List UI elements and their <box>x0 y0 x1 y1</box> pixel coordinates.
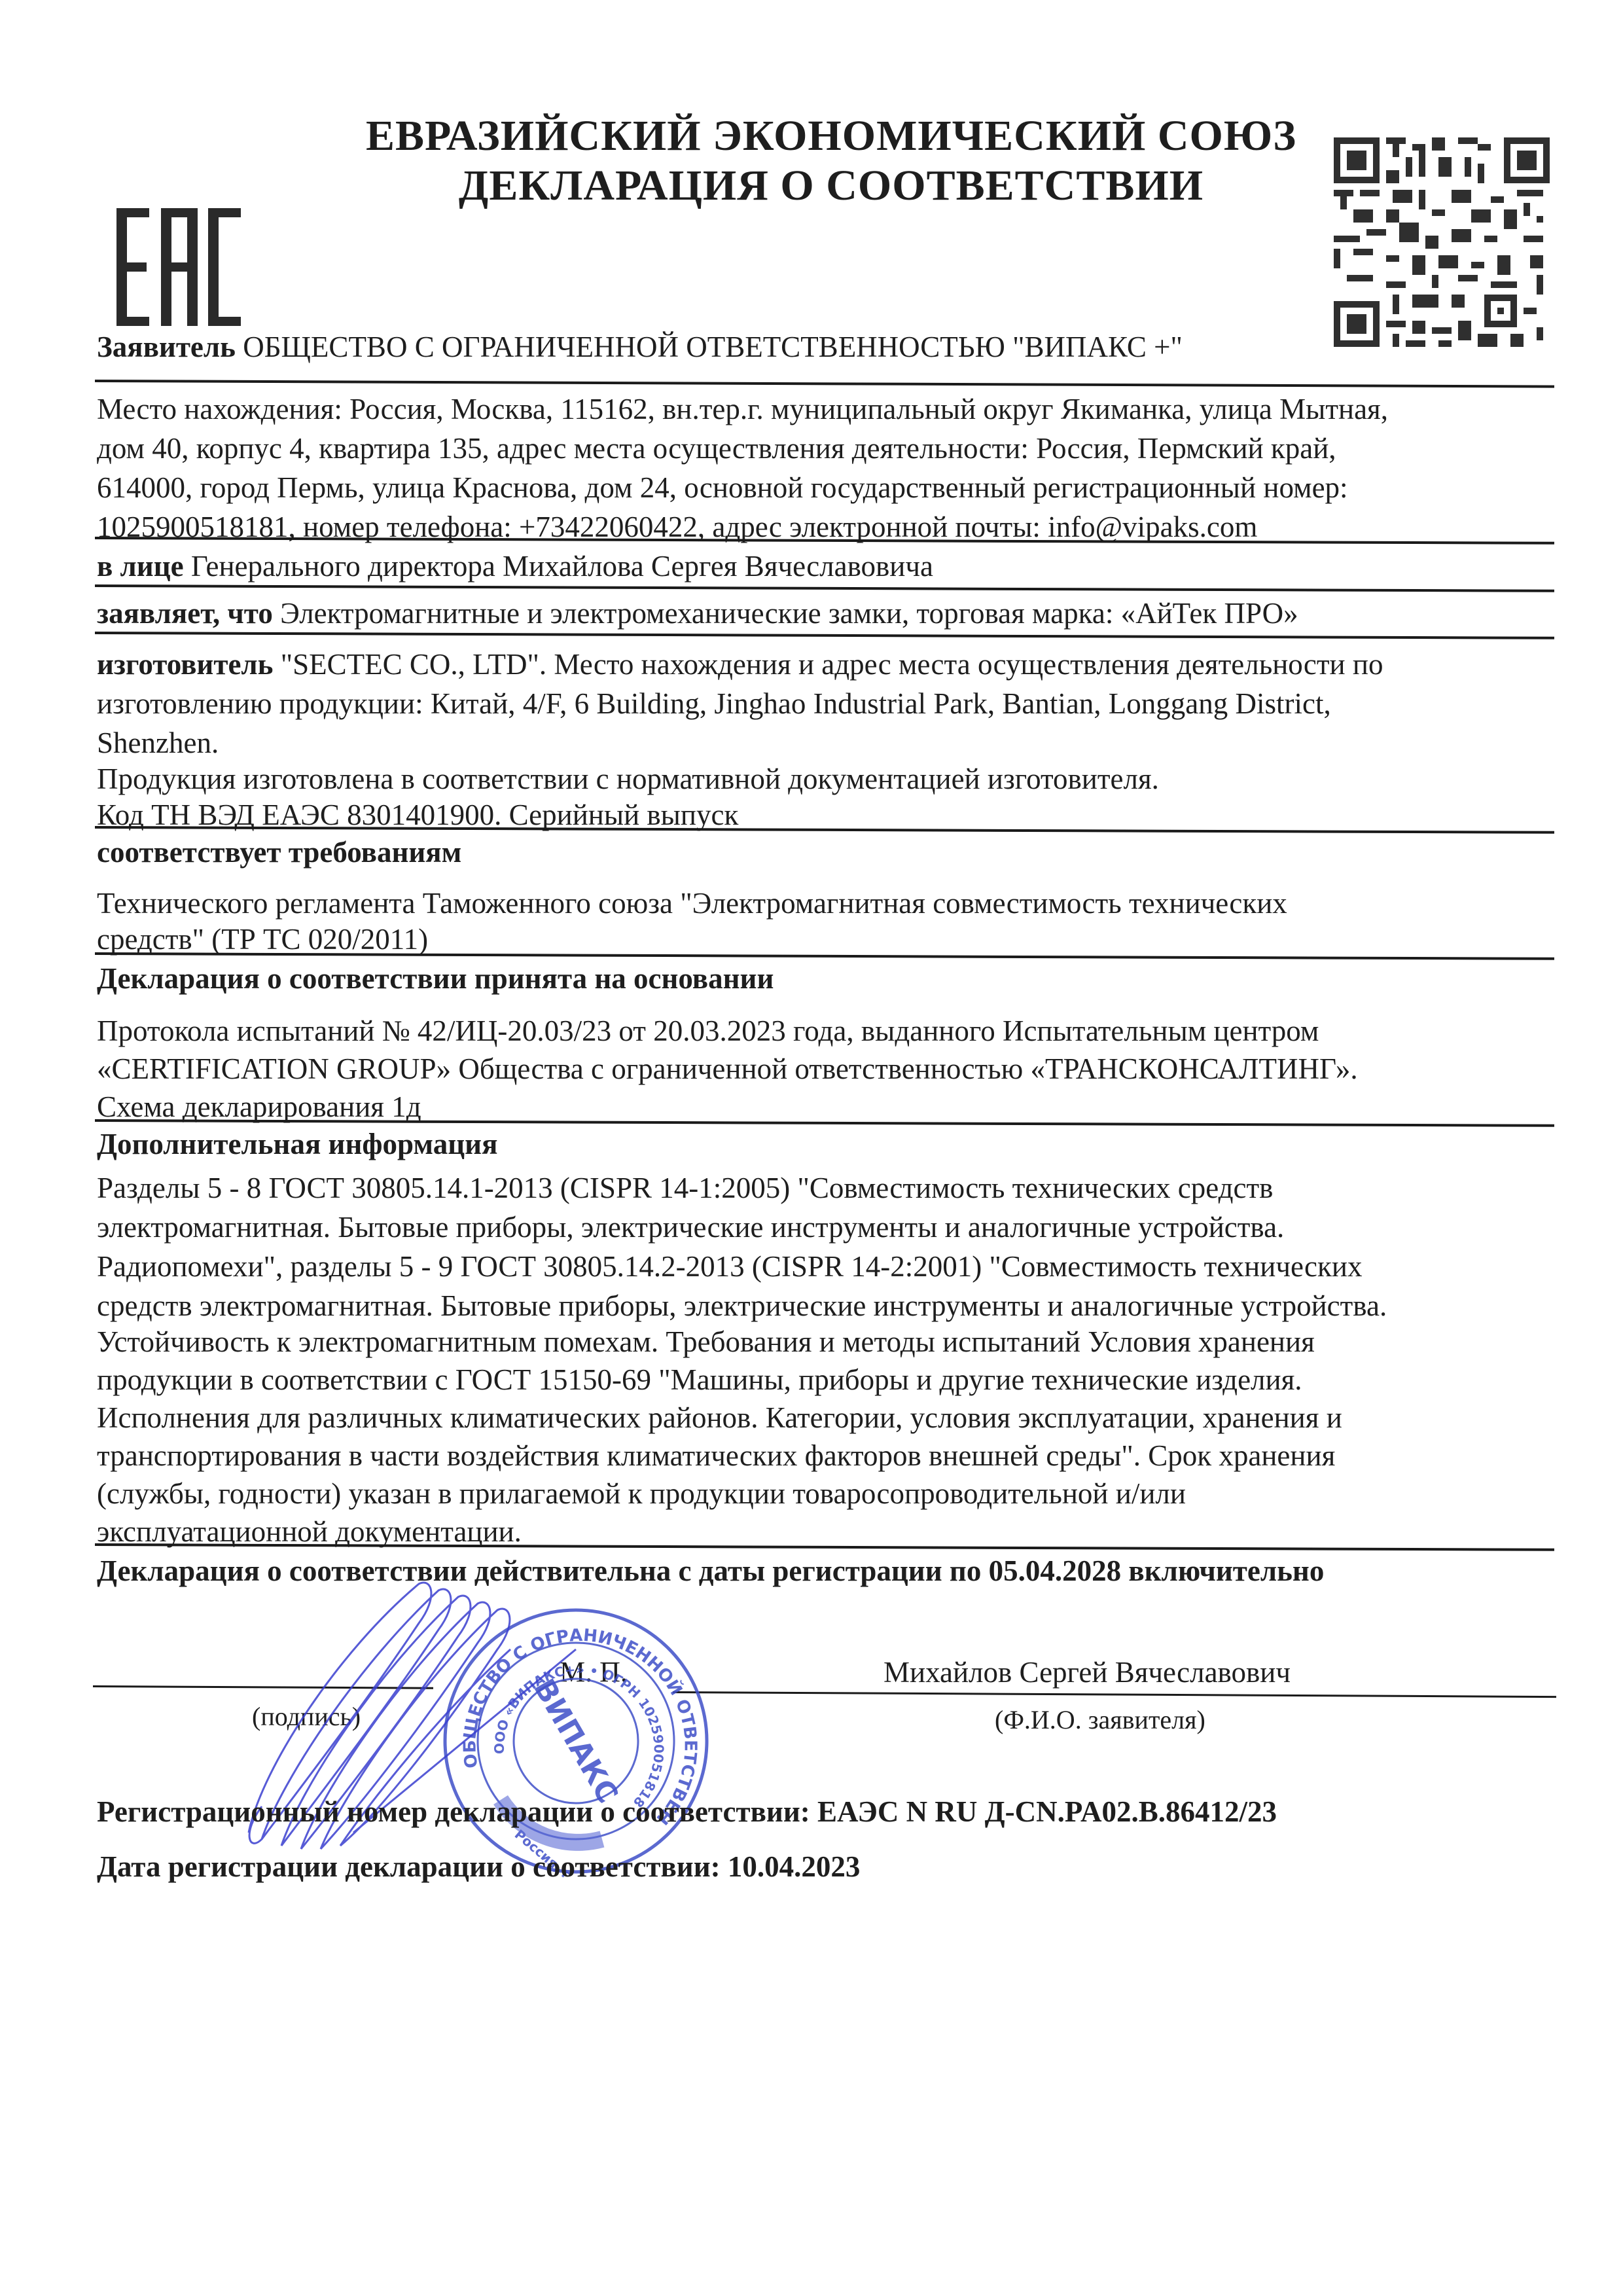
manufacturer-line: Shenzhen. <box>97 723 1550 762</box>
additional-info-line: Устойчивость к электромагнитным помехам.… <box>97 1322 1550 1361</box>
registration-date-row: Дата регистрации декларации о соответств… <box>97 1847 1550 1886</box>
signer-caption: (Ф.И.О. заявителя) <box>995 1704 1205 1736</box>
represented-by-label: в лице <box>97 550 184 583</box>
name-line <box>673 1691 1556 1698</box>
additional-info-line: средств электромагнитная. Бытовые прибор… <box>97 1286 1550 1325</box>
location-line: дом 40, корпус 4, квартира 135, адрес ме… <box>97 429 1550 468</box>
manufacturer-line: "SECTEC CO., LTD". Место нахождения и ад… <box>281 648 1383 681</box>
additional-info-line: (службы, годности) указан в прилагаемой … <box>97 1474 1550 1513</box>
additional-info-line: Радиопомехи", разделы 5 - 9 ГОСТ 30805.1… <box>97 1247 1550 1286</box>
applicant-label: Заявитель <box>97 331 236 363</box>
additional-info-line: транспортирования в части воздействия кл… <box>97 1436 1550 1475</box>
additional-info-line: электромагнитная. Бытовые приборы, элект… <box>97 1208 1550 1247</box>
additional-info-line: продукции в соответствии с ГОСТ 15150-69… <box>97 1360 1550 1399</box>
eac-logo-icon <box>116 208 241 326</box>
additional-info-label: Дополнительная информация <box>97 1124 1550 1164</box>
complies-label: соответствует требованиям <box>97 833 1550 872</box>
registration-number-row: Регистрационный номер декларации о соотв… <box>97 1792 1550 1831</box>
document-title: ДЕКЛАРАЦИЯ О СООТВЕТСТВИИ <box>353 160 1309 212</box>
qr-code-icon <box>1334 137 1550 347</box>
applicant-value: ОБЩЕСТВО С ОГРАНИЧЕННОЙ ОТВЕТСТВЕННОСТЬЮ… <box>243 331 1183 363</box>
location-line: Место нахождения: Россия, Москва, 115162… <box>97 389 1550 429</box>
divider <box>95 380 1554 388</box>
registration-date-label: Дата регистрации декларации о соответств… <box>97 1850 721 1883</box>
signer-name: Михайлов Сергей Вячеславович <box>883 1653 1407 1692</box>
registration-number-value: ЕАЭС N RU Д-CN.PA02.B.86412/23 <box>817 1795 1277 1828</box>
registration-date-value: 10.04.2023 <box>728 1850 861 1883</box>
union-title: ЕВРАЗИЙСКИЙ ЭКОНОМИЧЕСКИЙ СОЮЗ <box>353 110 1309 162</box>
basis-label: Декларация о соответствии принята на осн… <box>97 959 1550 998</box>
represented-by-row: в лице Генерального директора Михайлова … <box>97 547 1550 586</box>
basis-line: Протокола испытаний № 42/ИЦ-20.03/23 от … <box>97 1011 1550 1050</box>
registration-number-label: Регистрационный номер декларации о соотв… <box>97 1795 810 1828</box>
represented-by-value: Генерального директора Михайлова Сергея … <box>191 550 933 583</box>
basis-line: «CERTIFICATION GROUP» Общества с огранич… <box>97 1049 1550 1088</box>
production-note: Продукция изготовлена в соответствии с н… <box>97 759 1550 798</box>
manufacturer-row: изготовитель "SECTEC CO., LTD". Место на… <box>97 645 1550 684</box>
declares-row: заявляет, что Электромагнитные и электро… <box>97 594 1550 633</box>
additional-info-line: Разделы 5 - 8 ГОСТ 30805.14.1-2013 (CISP… <box>97 1168 1550 1208</box>
applicant-row: Заявитель ОБЩЕСТВО С ОГРАНИЧЕННОЙ ОТВЕТС… <box>97 327 1550 367</box>
product-description: Электромагнитные и электромеханические з… <box>280 597 1298 630</box>
manufacturer-label: изготовитель <box>97 648 273 681</box>
manufacturer-line: изготовлению продукции: Китай, 4/F, 6 Bu… <box>97 684 1550 723</box>
declaration-page: ЕВРАЗИЙСКИЙ ЭКОНОМИЧЕСКИЙ СОЮЗ ДЕКЛАРАЦИ… <box>0 0 1623 2296</box>
additional-info-line: Исполнения для различных климатических р… <box>97 1398 1550 1437</box>
location-line: 614000, город Пермь, улица Краснова, дом… <box>97 468 1550 507</box>
declares-label: заявляет, что <box>97 597 273 630</box>
regulation-line: Технического регламента Таможенного союз… <box>97 884 1550 923</box>
